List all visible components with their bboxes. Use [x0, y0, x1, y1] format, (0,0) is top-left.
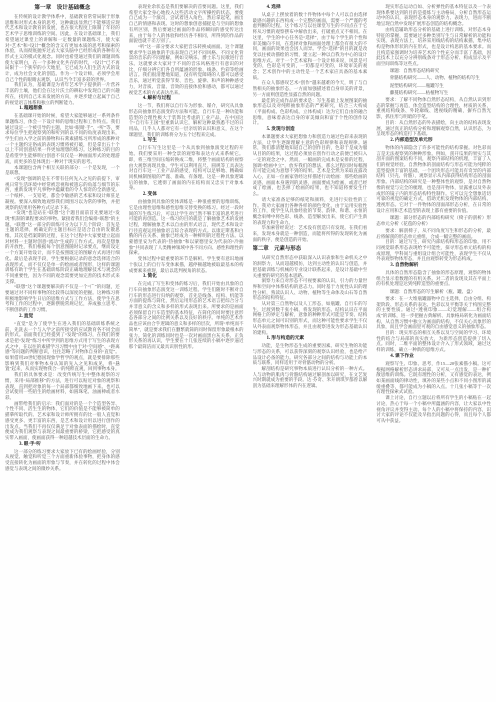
section-heading: 4. 课下作业 [376, 354, 491, 361]
body-paragraph: “联想”这个课题要解决的不仅是一个“广”的问题，还要通过对不同样事物的比较得以深… [5, 284, 120, 313]
body-paragraph: 解剖结构是研究事物本质进行认识分析的一种方式。人与动物的肌肉与骨骼结构通过解剖加… [253, 366, 368, 389]
text-column-3: 4. 选择从桌子上摆放着的数十件物体中每个人可以自由选择最感兴趣的东西构成一个完… [253, 4, 368, 698]
topic-line: 藤蔓结构研究——枯植物写生 [376, 90, 491, 96]
body-paragraph: 画带给我们的启示：我们面对的是一个个造型各异、个性不同、活生生的物体，它们的价值… [5, 401, 120, 441]
section-heading: 2. 内部造型及单元形 [376, 138, 491, 145]
chapter-title: 第一章 设计基础概念 [5, 4, 120, 13]
body-paragraph: 从桌子上摆放着的数十件物体中每个人可以自由选择最感兴趣的东西构成一个完整的画面，… [253, 12, 368, 80]
body-paragraph: 现实形态运动自如、分析弹性的基本特征以及一个表现体系要达到的目的是提炼与主动格局… [376, 4, 491, 27]
body-paragraph: 功能，是生物形态生成的重要因素。研究生物的功能与形态的关系，可以获得深刻的观察认… [253, 343, 368, 366]
chapter-title: 第二章 元素与形态 [253, 245, 368, 253]
topic-line: 课题：自然形态的写生解析（瓶、罐、盘） [376, 289, 491, 295]
section-heading: 4. 解析与过程 [129, 96, 244, 103]
topic-line: 课题：自然形态结构研究 [376, 68, 491, 74]
text-column-1: 第一章 设计基础概念在传统的设计教学体系中，基础教育常常局限于形象思维和对形式本… [5, 4, 120, 698]
body-paragraph: “直觉”是为了使学生在进入我们的基础训练系统之前，先洗去一个与入学之前所接受的应… [5, 321, 120, 372]
body-paragraph: 目的：通过写生，研究内部结构和形态的印象，用不同视觉联系形态表现给予可能性，探寻… [376, 239, 491, 262]
body-paragraph: 在完成了写生和变体的练习后，我们开始由具象的自行车向抽象形态演变这一训练过程。学… [129, 281, 244, 349]
body-paragraph: 由构造辅助形态分析的基础上进行训练，对形态本身特征的掌握，需要通过多种类别写生与… [376, 27, 491, 67]
body-paragraph: 这一节，我们将以自行车为形象、媒介，研究从具象形态向抽象形态演变的方法和可能。自… [129, 103, 244, 137]
body-paragraph: 表现业余状态是我们要解决的首要问题。这里，我们希望大家全身心地投入这些活动文字所… [129, 4, 244, 44]
body-paragraph: 由抽象到具象的变体训练是一种很重要的思维训练，它是由理性思维和感性思维交替变换的… [129, 199, 244, 256]
body-paragraph: 从研究自然形态中获取深入认识表象和生命机关之中的洞察力，从而超越模仿，达到主动性… [253, 255, 368, 278]
body-paragraph: “发现”强调的是在不带有任何先入之见的前提下，审视日常生活环境中经常被忽视和被遗… [5, 176, 120, 210]
body-paragraph: 本课题要求大家把想象力和创造力通过色彩来表现的方法，让学生逐渐理解主意的色彩规律… [253, 134, 368, 197]
section-heading: 1. 超越想象 [5, 106, 120, 113]
body-paragraph: 具体的自然形态隐含了抽象的形态原理，观察的物体组合显示着数理的有机关系。对二者的… [376, 270, 491, 287]
body-paragraph: 物体的内部隐含了许多可能性的结构掌握。对色彩而言是无法观察到的种种形象。例如，剖… [376, 145, 491, 213]
body-paragraph: 洞察力来自对形态不可视要素的认识，引力的力量世界和空间中体系结构的意志力。同时基… [253, 278, 368, 301]
section-heading: 5. 发现与创造 [253, 127, 368, 134]
text-column-4: 现实形态运动自如、分析弹性的基本特征以及一个表现体系要达到的目的是提炼与主动格局… [376, 4, 491, 698]
body-paragraph: 目的：现实形态的相互关系以及与空间的学习、环境性的结合与局部的真实放大，为新形态… [376, 330, 491, 353]
section-heading: 2. 直觉 [5, 314, 120, 321]
text-columns-container: 第一章 设计基础概念在传统的设计教学体系中，基础教育常常局限于形象思维和对形式本… [5, 4, 491, 698]
body-paragraph: 我们的具体要求是：改变传统写生中整体观察的习惯，采用“局部推移”的方法，进行可以… [5, 372, 120, 401]
body-paragraph: 我们认为，基础课是为青年艺术学子提供的一片营养丰富的土壤，他们会在这片沃土的耕耘… [5, 82, 120, 105]
body-paragraph: 最佳的完成作品的要求是：写生基础上发展图案的抽象形态以及对纯粹抽象形态的严密研究… [253, 98, 368, 127]
section-heading: 1. 形与构造的元素 [253, 336, 368, 343]
body-paragraph: 请大家准备足够的纸笔和颜料，先进行实验性的工作。我劝大家画出各种各样的颜色变化，… [253, 197, 368, 226]
body-paragraph: 要求：了解不同物体自然形态结构，从自然认识到形态的掌握与再造，体会造型结构的合理… [376, 97, 491, 120]
scanned-document-page: 第一章 设计基础概念在传统的设计教学体系中，基础教育常常局限于形象思维和对形式本… [0, 0, 496, 702]
topic-line: 骨骼结构研究——人、动物、植物的结构写生 [376, 75, 491, 81]
section-heading: 4. 选择 [253, 5, 368, 12]
section-heading: 2. 变体 [129, 192, 244, 199]
topic-line: 泥塑结构研究——瓶罐写生 [376, 83, 491, 89]
body-paragraph: 在传统的设计教学体系中，基础教育常常局限于形象思维和对形式本身的思考，这种做法显… [5, 14, 120, 82]
text-column-2: 表现业余状态是我们要解决的首要问题。这里，我们希望大家全身心地投入这些活动文字所… [129, 4, 244, 698]
body-paragraph: 自行车写生这里是一个从具象到抽象演变过程的开始。我们要采用一种全景的观察和表达方… [129, 145, 244, 191]
body-paragraph: 课上讨论，自行立题以后将所有学生的小稿贴在一起讨论，热心于每一个小稿中所蕴涵的内… [376, 395, 491, 424]
body-paragraph: 这一部分的练习要求大家放下已有的绘画经验，分别从视觉、触觉和听觉三个方面重新体验… [5, 449, 120, 472]
section-heading: 1. 写生 [129, 138, 244, 145]
section-heading: 3. 自然物解析 [376, 263, 491, 270]
body-paragraph: 目的：从自然形态的外表描绘，向主动的结构表现发展，通过真正的结构分析和理解观察自… [376, 120, 491, 137]
body-paragraph: 在众人都感叹艺术“创作”越来越难的今天，明了与自然相关的抽象形态，一方面加强描述… [253, 80, 368, 97]
topic-line: 课题：部分形态的内部结构研究（椅子的剖析）形态单元分析（花苞的分析） [376, 215, 491, 226]
section-heading: 3. 眼·手·听 [5, 442, 120, 449]
body-paragraph: “发现”也是站在“联想”这个题目面前首先要通过“发现”机制的课程要求的事物。紧接… [5, 210, 120, 284]
body-paragraph: 在基础课开始的时候，希望大家能够通过一系列条件课题练习，体会一下设计师的思维过程… [5, 113, 120, 164]
body-paragraph: “听”这一部分要求大家把音乐转换成画面。这个课题要求学生以抽象的手法表现自己对不… [129, 44, 244, 95]
section-heading: 3. 简化 [129, 274, 244, 281]
body-paragraph: 要求：在一大堆瓶罐器物中自主选择，自由分组、构架阶段、形态关系的表达、色彩以及平… [376, 296, 491, 330]
body-paragraph: 要求：解剖椅子，从不同角度写生和形态的分析，最后将解剖的形态单元重组，合成一幅完… [376, 228, 491, 239]
body-paragraph: 从对第三自然物以及人工形态，如瓶罐、自行车的写生，过渡到数千张小稿，将发现的形态… [253, 301, 368, 335]
body-paragraph: 变体过程中最重要的环节是解析。学生要有意识地画十张以上的自行车变体素描，越停顿越… [129, 256, 244, 273]
body-paragraph: 观察写生、印象、思考，作15—20张素描小稿。这可根据网格解析形态讲求局部，又可… [376, 361, 491, 395]
body-paragraph: 本课题包含两个相互关联的部分：一个是发现，一个是联想。 [5, 165, 120, 176]
body-paragraph: 毕加索曾经说过：艺术没有创造只有发现。在我们看来，发现本身就是一种创造，而能将所… [253, 225, 368, 242]
